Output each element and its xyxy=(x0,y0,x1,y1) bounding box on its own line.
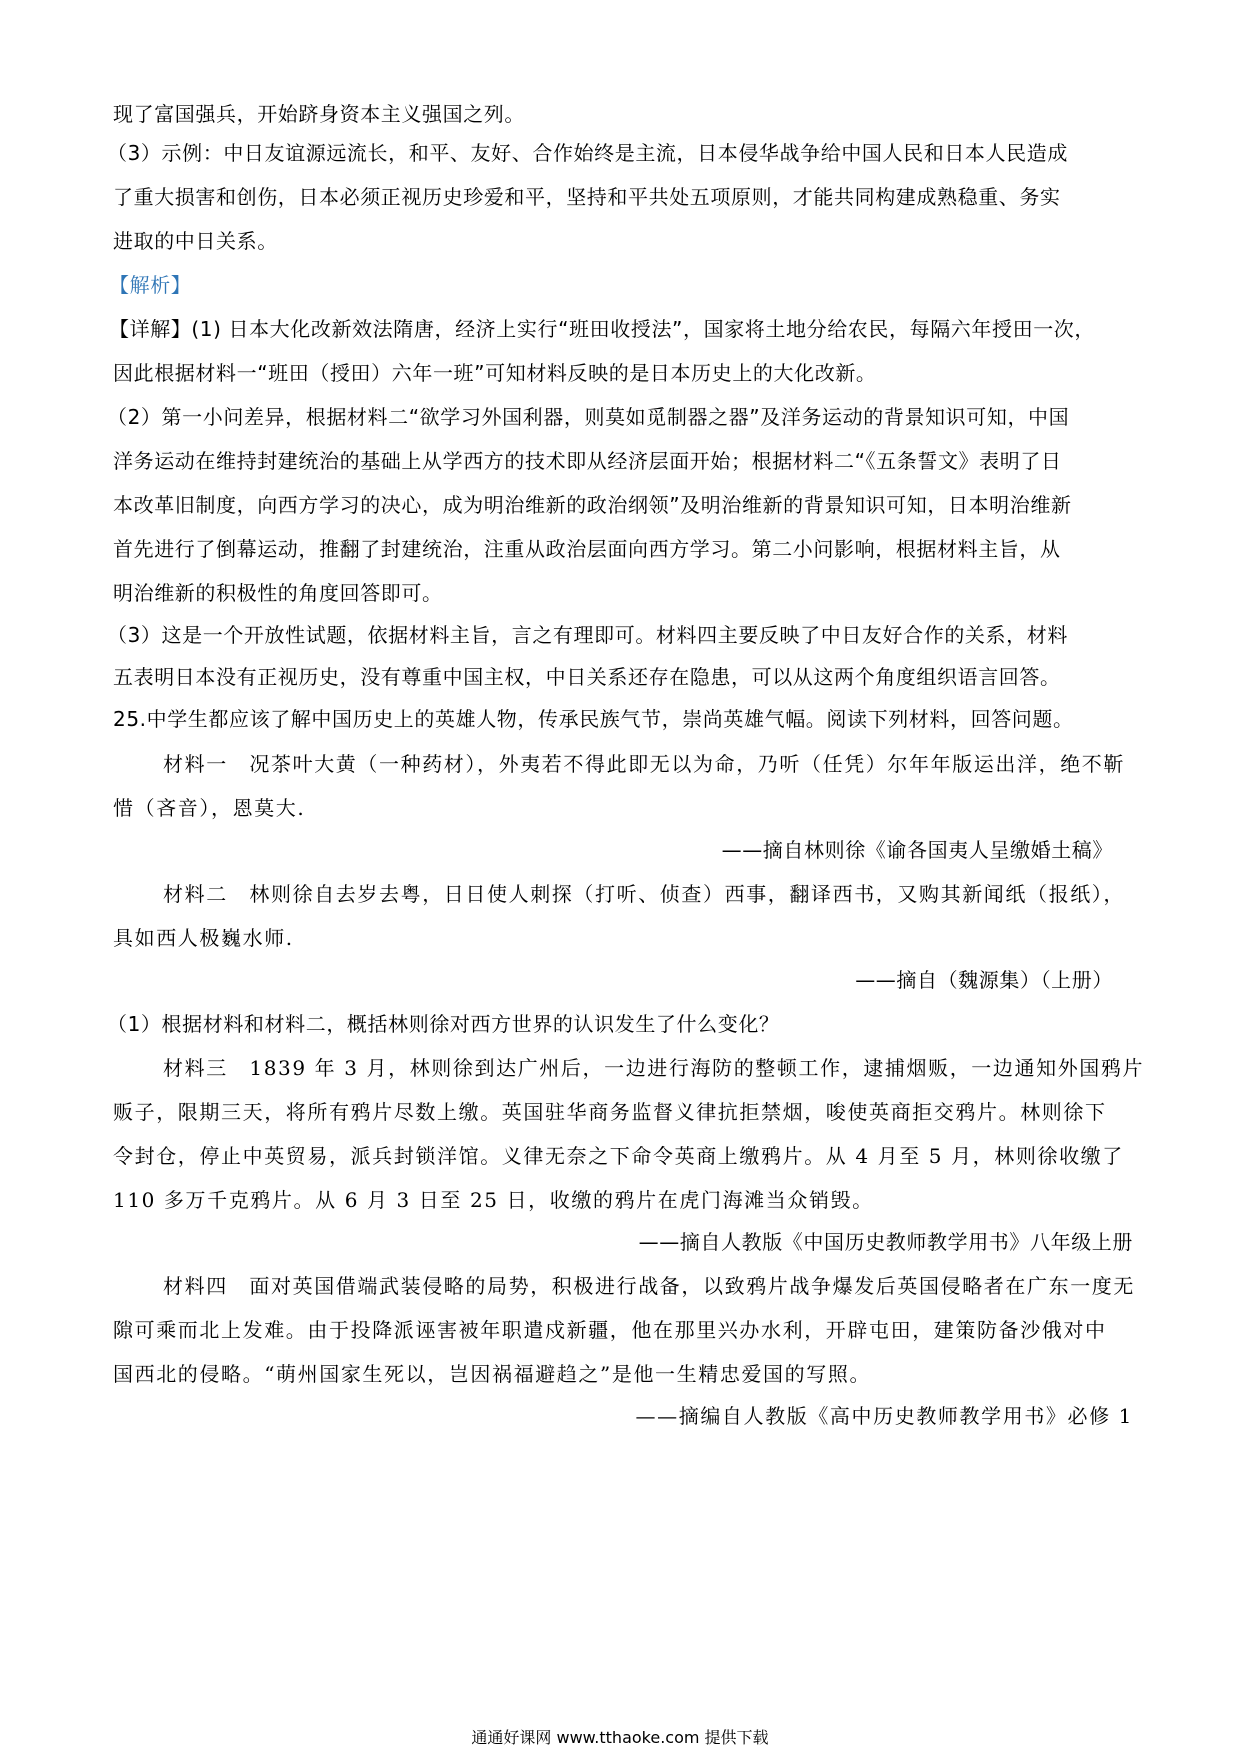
analysis-detail-line: 五表明日本没有正视历史，没有尊重中国主权，中日关系还存在隐患，可以从这两个角度组… xyxy=(113,663,1061,691)
material-3-line: 令封仓，停止中英贸易，派兵封锁洋馆。义律无奈之下命令英商上缴鸦片。从 4 月至 … xyxy=(113,1142,1124,1170)
material-3-line: 110 多万千克鸦片。从 6 月 3 日至 25 日，收缴的鸦片在虎门海滩当众销… xyxy=(113,1186,874,1214)
material-3-source: ——摘自人教版《中国历史教师教学用书》八年级上册 xyxy=(639,1228,1133,1256)
material-4-line: 国西北的侵略。“萌州国家生死以，岂因祸福避趋之”是他一生精忠爱国的写照。 xyxy=(113,1360,871,1388)
question-25-stem: 25.中学生都应该了解中国历史上的英雄人物，传承民族气节，崇尚英雄气幅。阅读下列… xyxy=(113,705,1074,733)
material-3-line: 贩子，限期三天，将所有鸦片尽数上缴。英国驻华商务监督义律抗拒禁烟，唆使英商拒交鸦… xyxy=(113,1098,1107,1126)
answer-q3-example-line: 了重大损害和创伤，日本必须正视历史珍爱和平，坚持和平共处五项原则，才能共同构建成… xyxy=(113,183,1061,211)
material-1-line: 材料一 况茶叶大黄（一种药材），外夷若不得此即无以为命，乃听（任凭）尔年年版运出… xyxy=(163,750,1125,778)
answer-q3-example-line: 进取的中日关系。 xyxy=(113,227,278,255)
analysis-detail-line: （3）这是一个开放性试题，依据材料主旨，言之有理即可。材料四主要反映了中日友好合… xyxy=(107,621,1068,649)
analysis-detail-line: 本改革旧制度，向西方学习的决心，成为明治维新的政治纲领”及明治维新的背景知识可知… xyxy=(113,491,1072,519)
analysis-detail-line: 【详解】(1) 日本大化改新效法隋唐，经济上实行“班田收授法”，国家将土地分给农… xyxy=(109,315,1095,343)
analysis-section-tag: 【解析】 xyxy=(109,271,191,299)
material-4-source: ——摘编自人教版《高中历史教师教学用书》必修 1 xyxy=(636,1402,1133,1430)
material-2-source: ——摘自（魏源集）（上册） xyxy=(855,966,1113,994)
answer-q3-example-line: （3）示例：中日友谊源远流长，和平、友好、合作始终是主流，日本侵华战争给中国人民… xyxy=(107,139,1068,167)
analysis-detail-line: 明治维新的积极性的角度回答即可。 xyxy=(113,579,443,607)
material-3-line: 材料三 1839 年 3 月，林则徐到达广州后，一边进行海防的整顿工作，逮捕烟贩… xyxy=(163,1054,1144,1082)
material-4-line: 材料四 面对英国借端武装侵略的局势，积极进行战备，以致鸦片战争爆发后英国侵略者在… xyxy=(163,1272,1135,1300)
material-1-line: 惜（吝音），恩莫大. xyxy=(113,794,305,822)
analysis-detail-line: 因此根据材料一“班田（授田）六年一班”可知材料反映的是日本历史上的大化改新。 xyxy=(113,359,877,387)
analysis-detail-line: 首先进行了倒幕运动，推翻了封建统治，注重从政治层面向西方学习。第二小问影响，根据… xyxy=(113,535,1061,563)
material-1-source: ——摘自林则徐《谕各国夷人呈缴婚土稿》 xyxy=(722,836,1113,864)
sub-question-1: （1）根据材料和材料二，概括林则徐对西方世界的认识发生了什么变化？ xyxy=(107,1010,780,1038)
material-2-line: 材料二 林则徐自去岁去粤，日日使人刺探（打听、侦查）西事，翻译西书，又购其新闻纸… xyxy=(163,880,1125,908)
material-2-line: 具如西人极巍水师. xyxy=(113,924,294,952)
analysis-detail-line: 洋务运动在维持封建统治的基础上从学西方的技术即从经济层面开始；根据材料二“《五条… xyxy=(113,447,1062,475)
analysis-detail-line: （2）第一小问差异，根据材料二“欲学习外国利器，则莫如觅制器之器”及洋务运动的背… xyxy=(107,403,1069,431)
answer-text-line: 现了富国强兵，开始跻身资本主义强国之列。 xyxy=(113,100,525,128)
footer-watermark: 通通好课网 www.tthaoke.com 提供下载 xyxy=(0,1728,1240,1748)
material-4-line: 隙可乘而北上发难。由于投降派诬害被年职遣戍新疆，他在那里兴办水利，开辟屯田，建策… xyxy=(113,1316,1107,1344)
